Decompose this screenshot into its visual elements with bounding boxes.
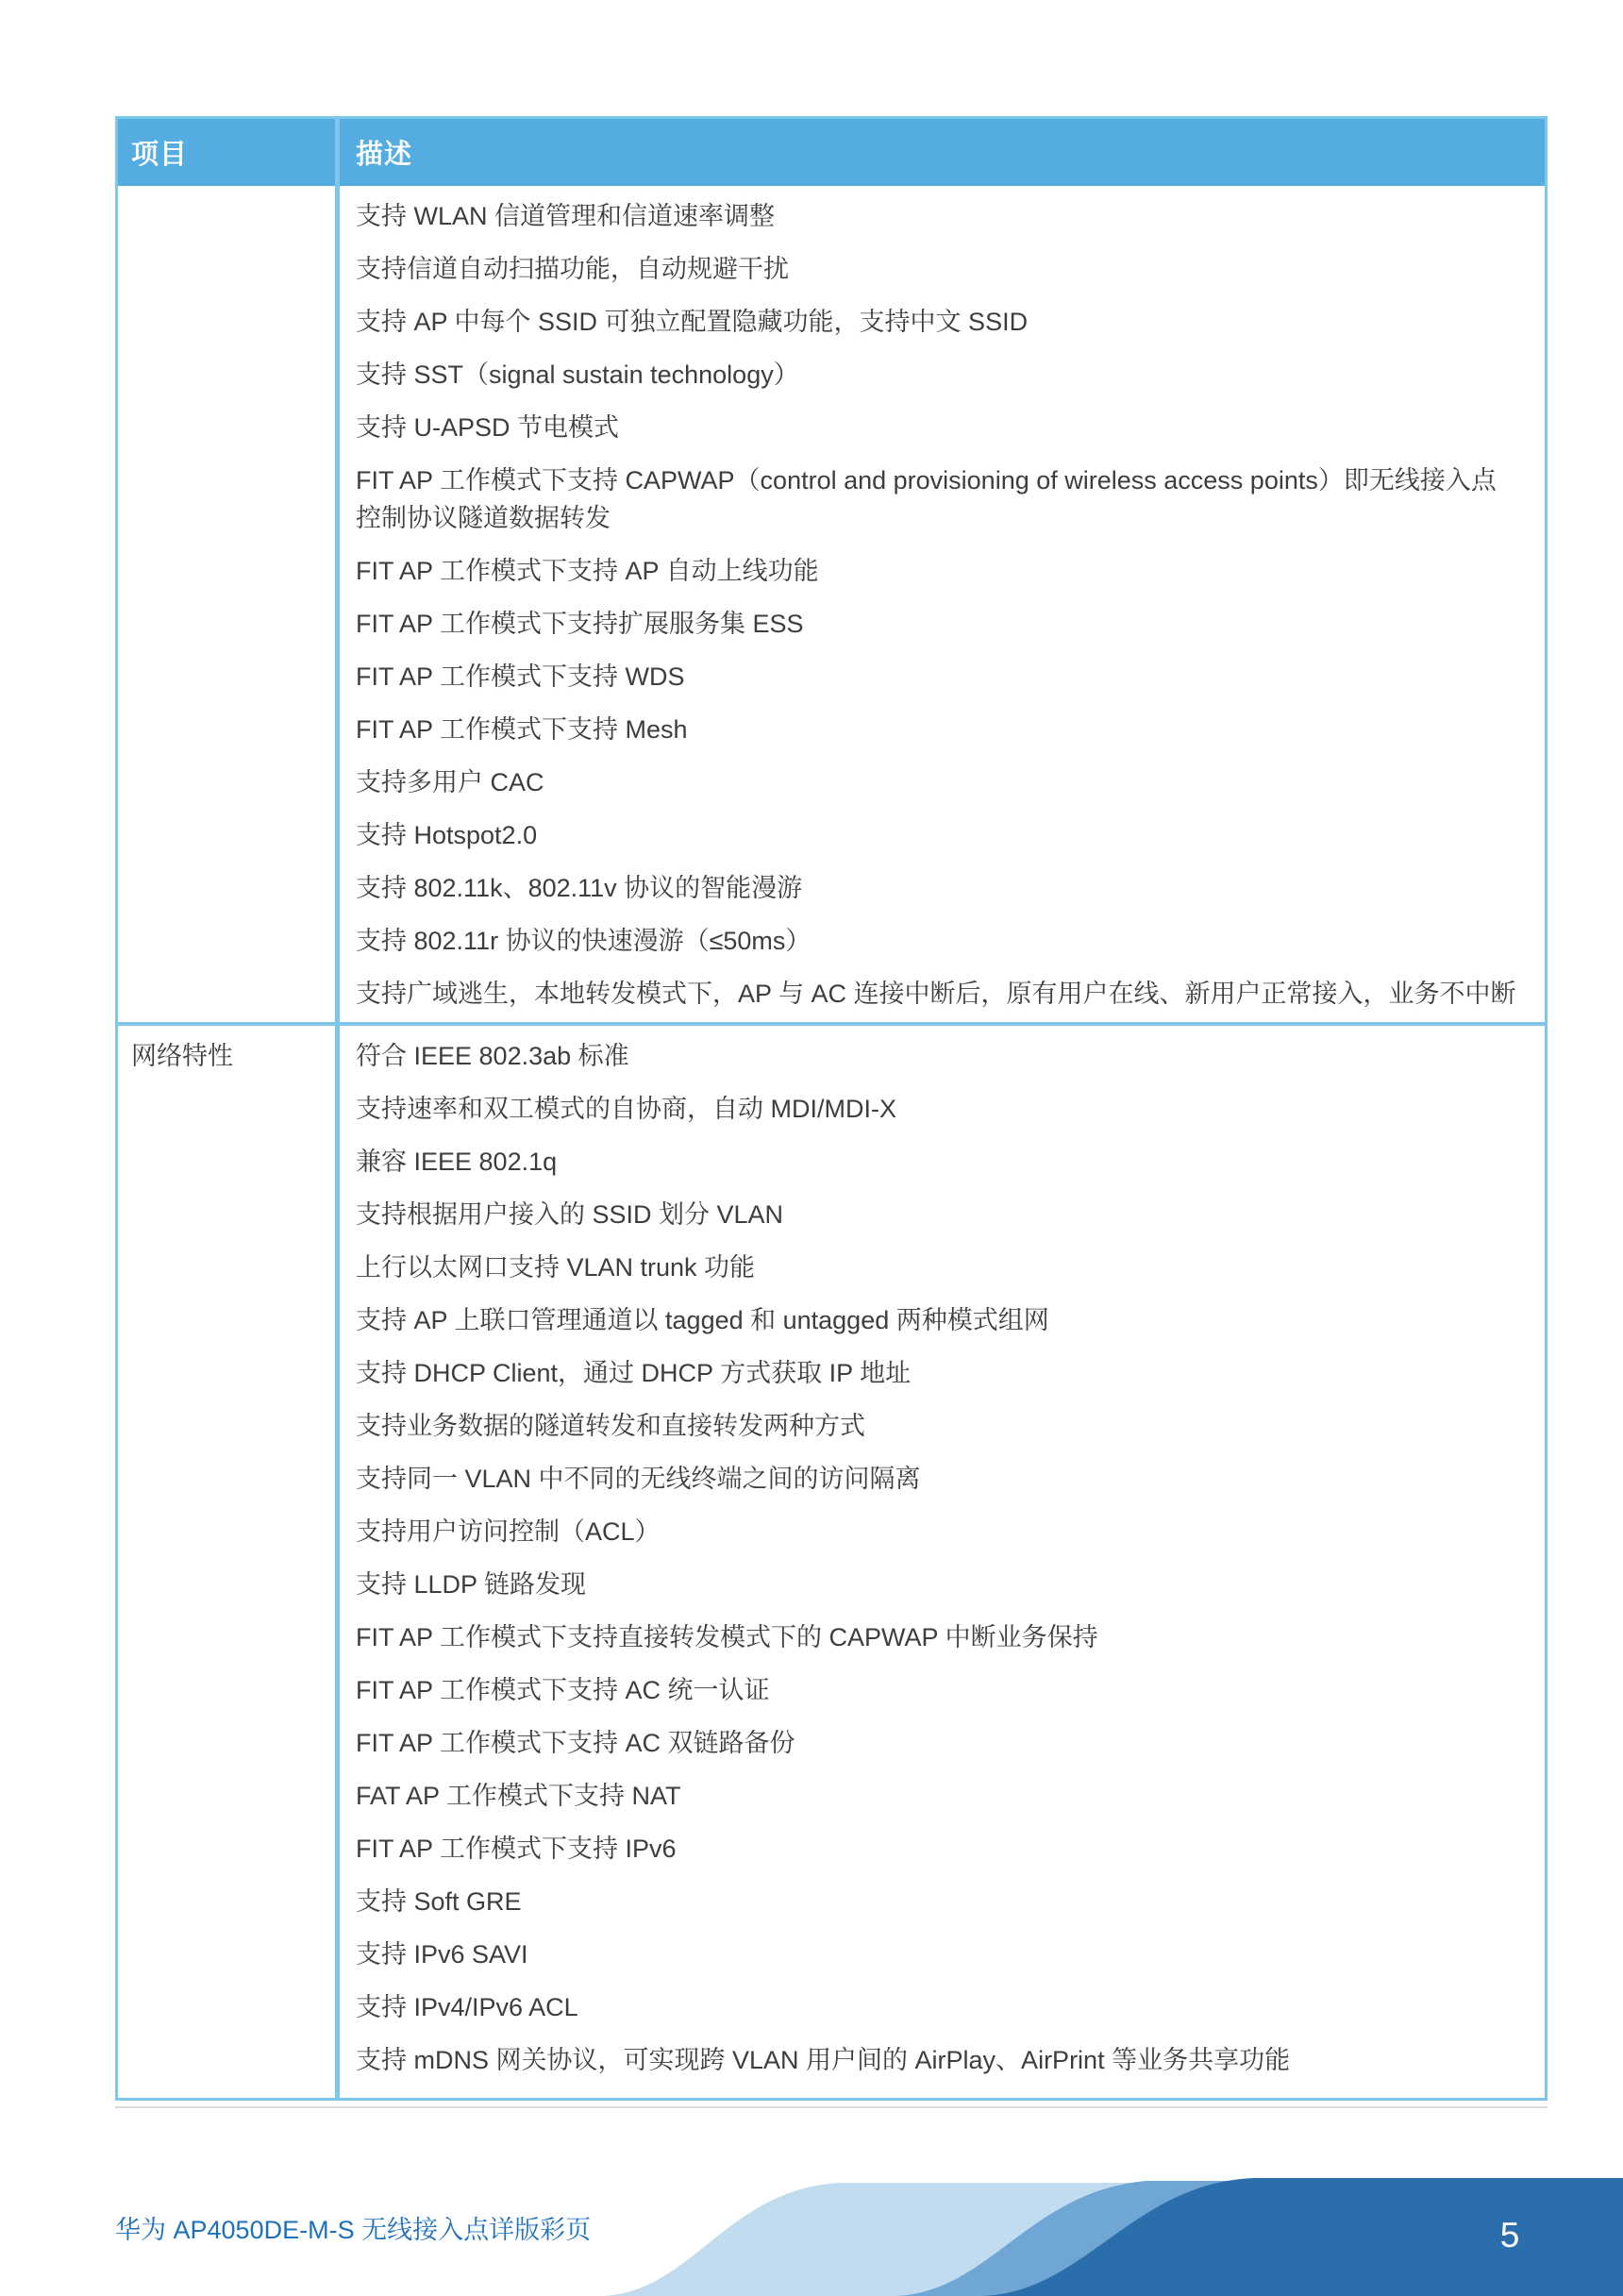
description-line: 支持 mDNS 网关协议，可实现跨 VLAN 用户间的 AirPlay、AirP… <box>356 2041 1518 2079</box>
description-line: 符合 IEEE 802.3ab 标准 <box>356 1037 1518 1075</box>
description-line: 支持速率和双工模式的自协商，自动 MDI/MDI-X <box>356 1090 1518 1128</box>
description-line: FAT AP 工作模式下支持 NAT <box>356 1777 1518 1815</box>
column-header-item: 项目 <box>118 119 340 186</box>
table-header-row: 项目 描述 <box>118 119 1545 186</box>
description-line: 支持 AP 上联口管理通道以 tagged 和 untagged 两种模式组网 <box>356 1301 1518 1339</box>
column-header-description: 描述 <box>340 119 1545 186</box>
description-line: 支持 SST（signal sustain technology） <box>356 356 1518 394</box>
table-row: 支持 WLAN 信道管理和信道速率调整支持信道自动扫描功能，自动规避干扰支持 A… <box>118 186 1545 1026</box>
description-line: 支持用户访问控制（ACL） <box>356 1513 1518 1550</box>
description-line: 支持 802.11k、802.11v 协议的智能漫游 <box>356 869 1518 907</box>
description-line: 支持业务数据的隧道转发和直接转发两种方式 <box>356 1407 1518 1445</box>
description-line: 支持广域逃生，本地转发模式下，AP 与 AC 连接中断后，原有用户在线、新用户正… <box>356 975 1518 1013</box>
description-line: 支持 Hotspot2.0 <box>356 816 1518 854</box>
description-line: 支持 LLDP 链路发现 <box>356 1566 1518 1603</box>
description-cell: 符合 IEEE 802.3ab 标准支持速率和双工模式的自协商，自动 MDI/M… <box>340 1026 1545 2098</box>
description-line: 支持同一 VLAN 中不同的无线终端之间的访问隔离 <box>356 1460 1518 1498</box>
description-line: FIT AP 工作模式下支持 WDS <box>356 658 1518 696</box>
description-line: 支持 U-APSD 节电模式 <box>356 409 1518 446</box>
description-line: FIT AP 工作模式下支持 CAPWAP（control and provis… <box>356 461 1518 537</box>
description-cell: 支持 WLAN 信道管理和信道速率调整支持信道自动扫描功能，自动规避干扰支持 A… <box>340 186 1545 1022</box>
description-line: 支持 Soft GRE <box>356 1883 1518 1920</box>
item-cell <box>118 186 340 1022</box>
description-line: 支持 WLAN 信道管理和信道速率调整 <box>356 197 1518 235</box>
item-cell: 网络特性 <box>118 1026 340 2098</box>
footer-wave-decoration <box>566 2152 1623 2296</box>
description-line: FIT AP 工作模式下支持 AC 双链路备份 <box>356 1724 1518 1762</box>
description-line: 支持 802.11r 协议的快速漫游（≤50ms） <box>356 922 1518 960</box>
description-line: FIT AP 工作模式下支持 IPv6 <box>356 1830 1518 1868</box>
footer-document-title: 华为 AP4050DE-M-S 无线接入点详版彩页 <box>115 2209 591 2246</box>
description-line: 支持信道自动扫描功能，自动规避干扰 <box>356 250 1518 288</box>
page-number: 5 <box>1489 2216 1531 2255</box>
description-line: 兼容 IEEE 802.1q <box>356 1143 1518 1181</box>
description-line: FIT AP 工作模式下支持 AP 自动上线功能 <box>356 552 1518 590</box>
table-row: 网络特性 符合 IEEE 802.3ab 标准支持速率和双工模式的自协商，自动 … <box>118 1026 1545 2098</box>
description-line: 支持多用户 CAC <box>356 763 1518 801</box>
description-line: FIT AP 工作模式下支持直接转发模式下的 CAPWAP 中断业务保持 <box>356 1618 1518 1656</box>
spec-table: 项目 描述 支持 WLAN 信道管理和信道速率调整支持信道自动扫描功能，自动规避… <box>115 116 1548 2101</box>
description-line: 支持根据用户接入的 SSID 划分 VLAN <box>356 1196 1518 1233</box>
description-line: FIT AP 工作模式下支持 Mesh <box>356 711 1518 748</box>
description-line: 上行以太网口支持 VLAN trunk 功能 <box>356 1249 1518 1286</box>
description-line: 支持 IPv6 SAVI <box>356 1936 1518 1973</box>
description-line: 支持 IPv4/IPv6 ACL <box>356 1988 1518 2026</box>
description-line: 支持 AP 中每个 SSID 可独立配置隐藏功能，支持中文 SSID <box>356 303 1518 341</box>
description-line: 支持 DHCP Client，通过 DHCP 方式获取 IP 地址 <box>356 1354 1518 1392</box>
description-line: FIT AP 工作模式下支持扩展服务集 ESS <box>356 605 1518 643</box>
description-line: FIT AP 工作模式下支持 AC 统一认证 <box>356 1671 1518 1709</box>
table-bottom-divider <box>115 2106 1548 2108</box>
